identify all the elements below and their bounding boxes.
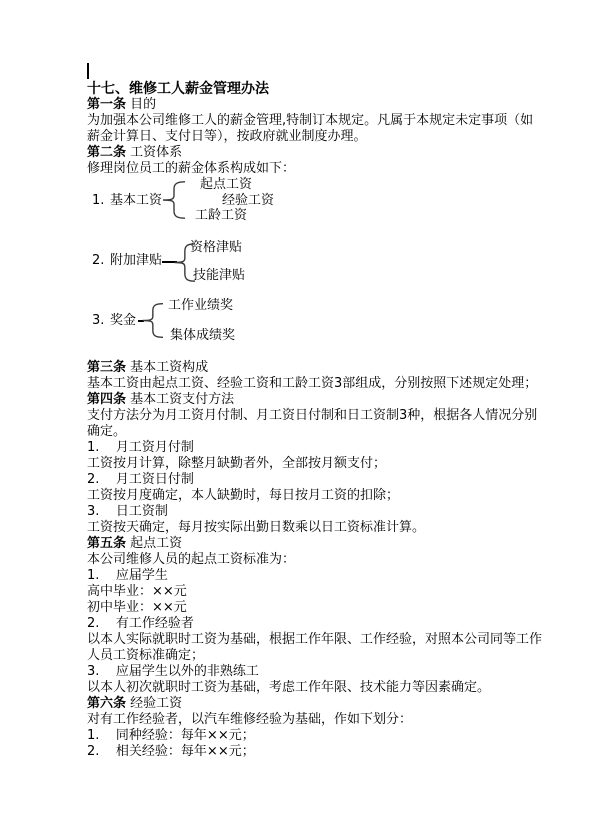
diagram-number: 1.	[92, 193, 110, 209]
salary-diagram-item-1: 起点工资 1.基本工资 经验工资 工龄工资	[87, 177, 557, 224]
document-body[interactable]: 十七、维修工人薪金管理办法 第一条 目的为加强本公司维修工人的薪金管理,特制订本…	[87, 81, 557, 760]
diagram-number: 3.	[92, 313, 110, 329]
doc-line: 以本人初次就职时工资为基础，考虑工作年限、技术能力等因素确定。	[87, 680, 557, 696]
text-caret	[87, 63, 89, 79]
intro-paragraphs: 第一条 目的为加强本公司维修工人的薪金管理,特制订本规定。凡属于本规定未定事项（…	[87, 97, 557, 177]
doc-line: 工资按天确定，每月按实际出勤日数乘以日工资标准计算。	[87, 520, 557, 536]
doc-line: 第四条 基本工资支付方法	[87, 392, 557, 408]
doc-line: 人员工资标准确定；	[87, 648, 557, 664]
doc-line: 高中毕业：××元	[87, 584, 557, 600]
diagram-child: 工作业绩奖	[168, 298, 233, 314]
brace-icon	[171, 242, 195, 283]
doc-line: 3. 应届学生以外的非熟练工	[87, 664, 557, 680]
doc-line: 基本工资由起点工资、经验工资和工龄工资3部组成，分别按照下述规定处理；	[87, 376, 557, 392]
doc-line: 支付方法分为月工资月付制、月工资日付制和日工资制3种，根据各人情况分别	[87, 408, 557, 424]
doc-line: 第三条 基本工资构成	[87, 360, 557, 376]
diagram-label-text: 奖金	[110, 313, 136, 328]
doc-line: 工资按月计算，除整月缺勤者外，全部按月额支付；	[87, 456, 557, 472]
doc-line: 1. 应届学生	[87, 568, 557, 584]
doc-line: 3. 日工资制	[87, 504, 557, 520]
salary-diagram-item-2: 资格津贴 2.附加津贴 技能津贴	[87, 240, 557, 283]
doc-line: 2. 有工作经验者	[87, 616, 557, 632]
doc-line: 第一条 目的	[87, 97, 557, 113]
doc-line: 第六条 经验工资	[87, 696, 557, 712]
doc-line: 初中毕业：××元	[87, 600, 557, 616]
brace-icon	[159, 180, 185, 220]
page: { "page": { "background": "#ffffff", "te…	[0, 0, 592, 835]
diagram-child: 技能津贴	[193, 268, 245, 284]
doc-line: 以本人实际就职时工资为基础，根据工作年限、工作经验，对照本公司同等工作	[87, 632, 557, 648]
doc-line: 2. 相关经验：每年××元；	[87, 744, 557, 760]
doc-line: 修理岗位员工的薪金体系构成如下：	[87, 161, 557, 177]
diagram-label-text: 附加津贴	[110, 253, 162, 268]
doc-line: 工资按月度确定，本人缺勤时，每日按月工资的扣除；	[87, 488, 557, 504]
doc-line: 为加强本公司维修工人的薪金管理,特制订本规定。凡属于本规定未定事项（如	[87, 113, 557, 129]
diagram-child: 起点工资	[200, 177, 252, 193]
doc-line: 薪金计算日、支付日等），按政府就业制度办理。	[87, 129, 557, 145]
diagram-label: 3.奖金	[92, 313, 136, 329]
doc-line: 对有工作经验者，以汽车维修经验为基础，作如下划分：	[87, 712, 557, 728]
diagram-number: 2.	[92, 253, 110, 269]
diagram-child: 工龄工资	[195, 208, 247, 224]
brace-icon	[139, 302, 163, 339]
doc-line: 第五条 起点工资	[87, 536, 557, 552]
diagram-label: 2.附加津贴	[92, 253, 162, 269]
diagram-label: 1.基本工资	[92, 193, 162, 209]
diagram-child: 集体成绩奖	[170, 328, 235, 344]
doc-line: 第二条 工资体系	[87, 145, 557, 161]
diagram-child: 资格津贴	[190, 240, 242, 256]
diagram-label-text: 基本工资	[110, 193, 162, 208]
salary-diagram-item-3: 工作业绩奖 3.奖金 集体成绩奖	[87, 298, 557, 343]
doc-line: 2. 月工资日付制	[87, 472, 557, 488]
doc-line: 确定。	[87, 424, 557, 440]
diagram-child: 经验工资	[222, 193, 274, 209]
doc-line: 1. 月工资月付制	[87, 440, 557, 456]
doc-line: 本公司维修人员的起点工资标准为：	[87, 552, 557, 568]
body-paragraphs: 第三条 基本工资构成基本工资由起点工资、经验工资和工龄工资3部组成，分别按照下述…	[87, 360, 557, 760]
doc-line: 1. 同种经验：每年××元；	[87, 728, 557, 744]
doc-title: 十七、维修工人薪金管理办法	[87, 81, 557, 97]
